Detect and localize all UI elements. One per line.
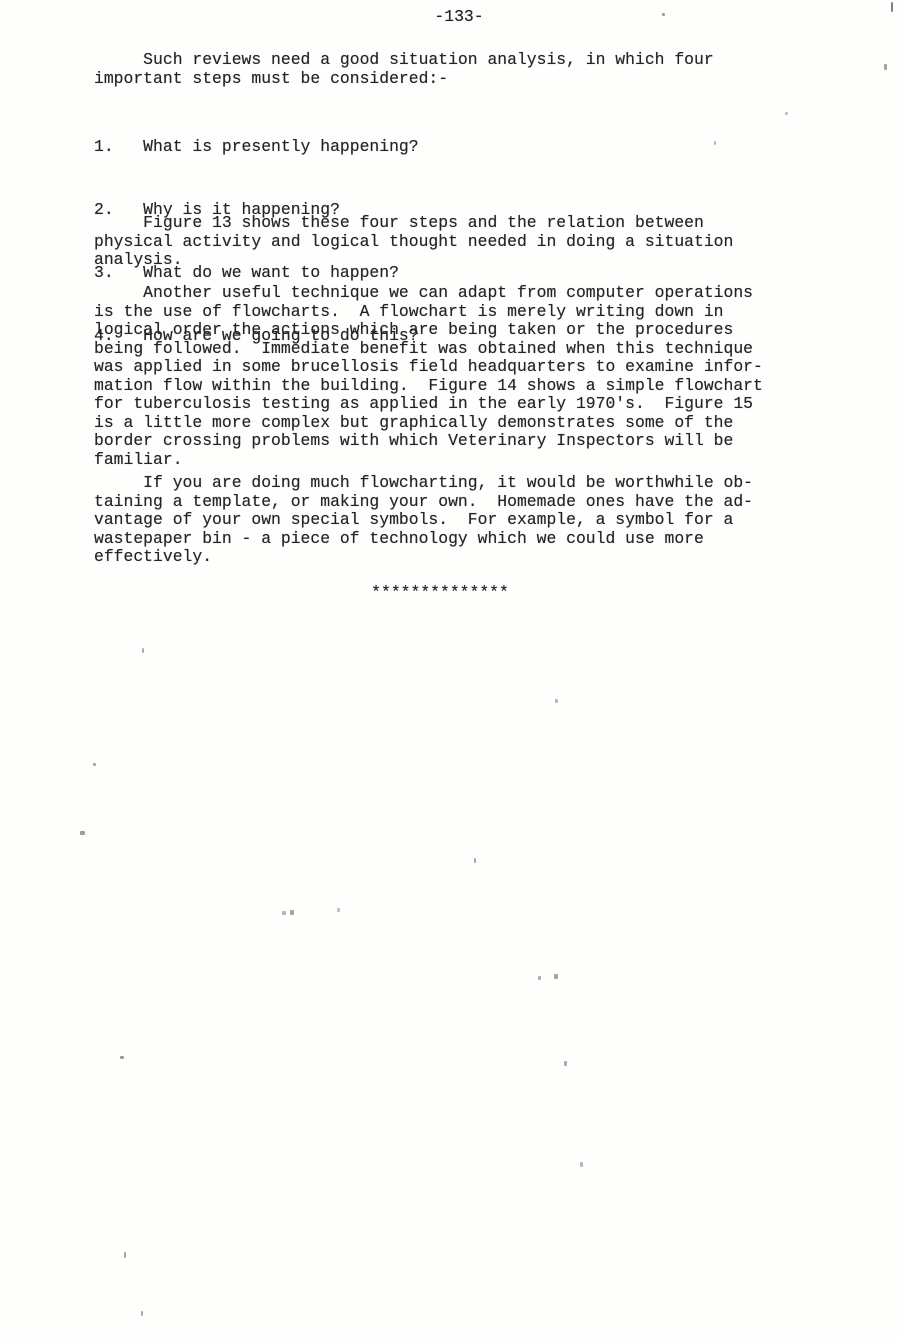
list-item: 1. What is presently happening? bbox=[94, 138, 786, 157]
scan-speck bbox=[891, 2, 893, 12]
scan-speck bbox=[93, 763, 96, 766]
scan-speck bbox=[580, 1162, 583, 1167]
flowcharts-paragraph: Another useful technique we can adapt fr… bbox=[94, 284, 786, 469]
scan-speck bbox=[884, 64, 887, 70]
intro-paragraph: Such reviews need a good situation analy… bbox=[94, 51, 786, 88]
scan-speck bbox=[554, 974, 558, 979]
figure13-paragraph: Figure 13 shows these four steps and the… bbox=[94, 214, 786, 270]
scan-speck bbox=[141, 1311, 143, 1316]
scan-speck bbox=[80, 831, 85, 835]
scan-speck bbox=[282, 911, 286, 915]
scan-speck bbox=[290, 910, 294, 915]
scan-speck bbox=[538, 976, 541, 980]
asterisk-separator: ************** bbox=[94, 584, 786, 603]
scan-speck bbox=[785, 112, 788, 115]
scan-speck bbox=[124, 1252, 126, 1258]
scanned-document-page: -133- Such reviews need a good situation… bbox=[0, 0, 900, 1342]
scan-speck bbox=[564, 1061, 567, 1066]
page-number: -133- bbox=[0, 8, 900, 27]
scan-speck bbox=[662, 13, 665, 16]
template-paragraph: If you are doing much flowcharting, it w… bbox=[94, 474, 786, 567]
scan-speck bbox=[474, 858, 476, 863]
scan-speck bbox=[714, 141, 716, 145]
scan-speck bbox=[337, 908, 340, 912]
scan-speck bbox=[555, 699, 558, 703]
scan-speck bbox=[120, 1056, 124, 1059]
scan-speck bbox=[142, 648, 144, 653]
